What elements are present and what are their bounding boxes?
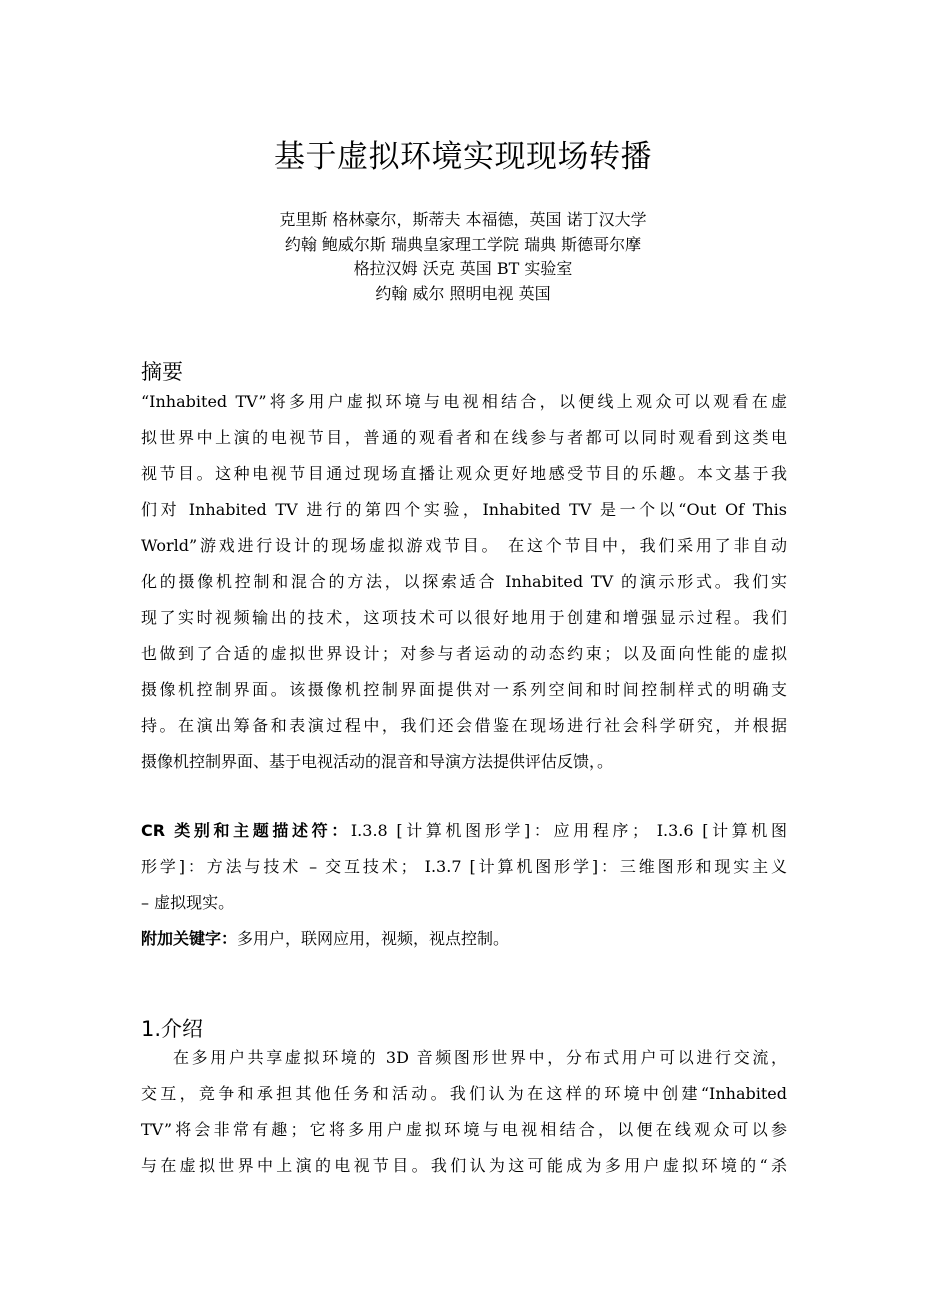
section-1-line: 交互，竞争和承担其他任务和活动。我们认为在这样的环境中创建“Inhabited — [141, 1076, 787, 1112]
cr-line: – 虚拟现实。 — [141, 885, 787, 921]
abstract-line: “Inhabited TV”将多用户虚拟环境与电视相结合，以便线上观众可以观看在… — [141, 384, 787, 420]
cr-categories-paragraph: CR 类别和主题描述符：I.3.8 [计算机图形学]：应用程序； I.3.6 [… — [141, 813, 787, 921]
keywords-label: 附加关键字： — [141, 929, 237, 948]
cr-line: 形学]：方法与技术 – 交互技术； I.3.7 [计算机图形学]：三维图形和现实… — [141, 849, 787, 885]
abstract-line: 也做到了合适的虚拟世界设计；对参与者运动的动态约束；以及面向性能的虚拟 — [141, 636, 787, 672]
abstract-line: 拟世界中上演的电视节目，普通的观看者和在线参与者都可以同时观看到这类电 — [141, 420, 787, 456]
abstract-line: 化的摄像机控制和混合的方法，以探索适合 Inhabited TV 的演示形式。我… — [141, 564, 787, 600]
cr-line: CR 类别和主题描述符：I.3.8 [计算机图形学]：应用程序； I.3.6 [… — [141, 813, 787, 849]
section-1-paragraph: 在多用户共享虚拟环境的 3D 音频图形世界中，分布式用户可以进行交流， 交互，竞… — [141, 1040, 787, 1184]
keywords-line: 附加关键字：多用户，联网应用，视频，视点控制。 — [141, 921, 787, 957]
abstract-line: World”游戏进行设计的现场虚拟游戏节目。 在这个节目中，我们采用了非自动 — [141, 528, 787, 564]
abstract-line: 现了实时视频输出的技术，这项技术可以很好地用于创建和增强显示过程。我们 — [141, 600, 787, 636]
cr-categories-text: I.3.8 [计算机图形学]：应用程序； I.3.6 [计算机图 — [351, 821, 787, 840]
document-page: 基于虚拟环境实现现场转播 克里斯 格林豪尔，斯蒂夫 本福德，英国 诺丁汉大学 约… — [0, 0, 926, 1309]
author-line: 格拉汉姆 沃克 英国 BT 实验室 — [0, 257, 926, 282]
section-1-line: 与在虚拟世界中上演的电视节目。我们认为这可能成为多用户虚拟环境的“杀 — [141, 1148, 787, 1184]
keywords-value: 多用户，联网应用，视频，视点控制。 — [237, 929, 509, 948]
abstract-paragraph: “Inhabited TV”将多用户虚拟环境与电视相结合，以便线上观众可以观看在… — [141, 384, 787, 780]
author-line: 克里斯 格林豪尔，斯蒂夫 本福德，英国 诺丁汉大学 — [0, 208, 926, 233]
abstract-line: 持。在演出筹备和表演过程中，我们还会借鉴在现场进行社会科学研究，并根据 — [141, 708, 787, 744]
author-line: 约翰 鲍威尔斯 瑞典皇家理工学院 瑞典 斯德哥尔摩 — [0, 233, 926, 258]
cr-categories-label: CR 类别和主题描述符： — [141, 821, 351, 840]
section-1-line: 在多用户共享虚拟环境的 3D 音频图形世界中，分布式用户可以进行交流， — [141, 1040, 787, 1076]
section-1-line: TV”将会非常有趣；它将多用户虚拟环境与电视相结合，以便在线观众可以参 — [141, 1112, 787, 1148]
author-line: 约翰 威尔 照明电视 英国 — [0, 282, 926, 307]
abstract-line: 摄像机控制界面、基于电视活动的混音和导演方法提供评估反馈，。 — [141, 744, 787, 780]
abstract-line: 们对 Inhabited TV 进行的第四个实验，Inhabited TV 是一… — [141, 492, 787, 528]
paper-title: 基于虚拟环境实现现场转播 — [0, 135, 926, 179]
abstract-line: 摄像机控制界面。该摄像机控制界面提供对一系列空间和时间控制样式的明确支 — [141, 672, 787, 708]
keywords-paragraph: 附加关键字：多用户，联网应用，视频，视点控制。 — [141, 921, 787, 957]
author-block: 克里斯 格林豪尔，斯蒂夫 本福德，英国 诺丁汉大学 约翰 鲍威尔斯 瑞典皇家理工… — [0, 208, 926, 306]
abstract-line: 视节目。这种电视节目通过现场直播让观众更好地感受节目的乐趣。本文基于我 — [141, 456, 787, 492]
abstract-heading: 摘要 — [141, 357, 183, 387]
